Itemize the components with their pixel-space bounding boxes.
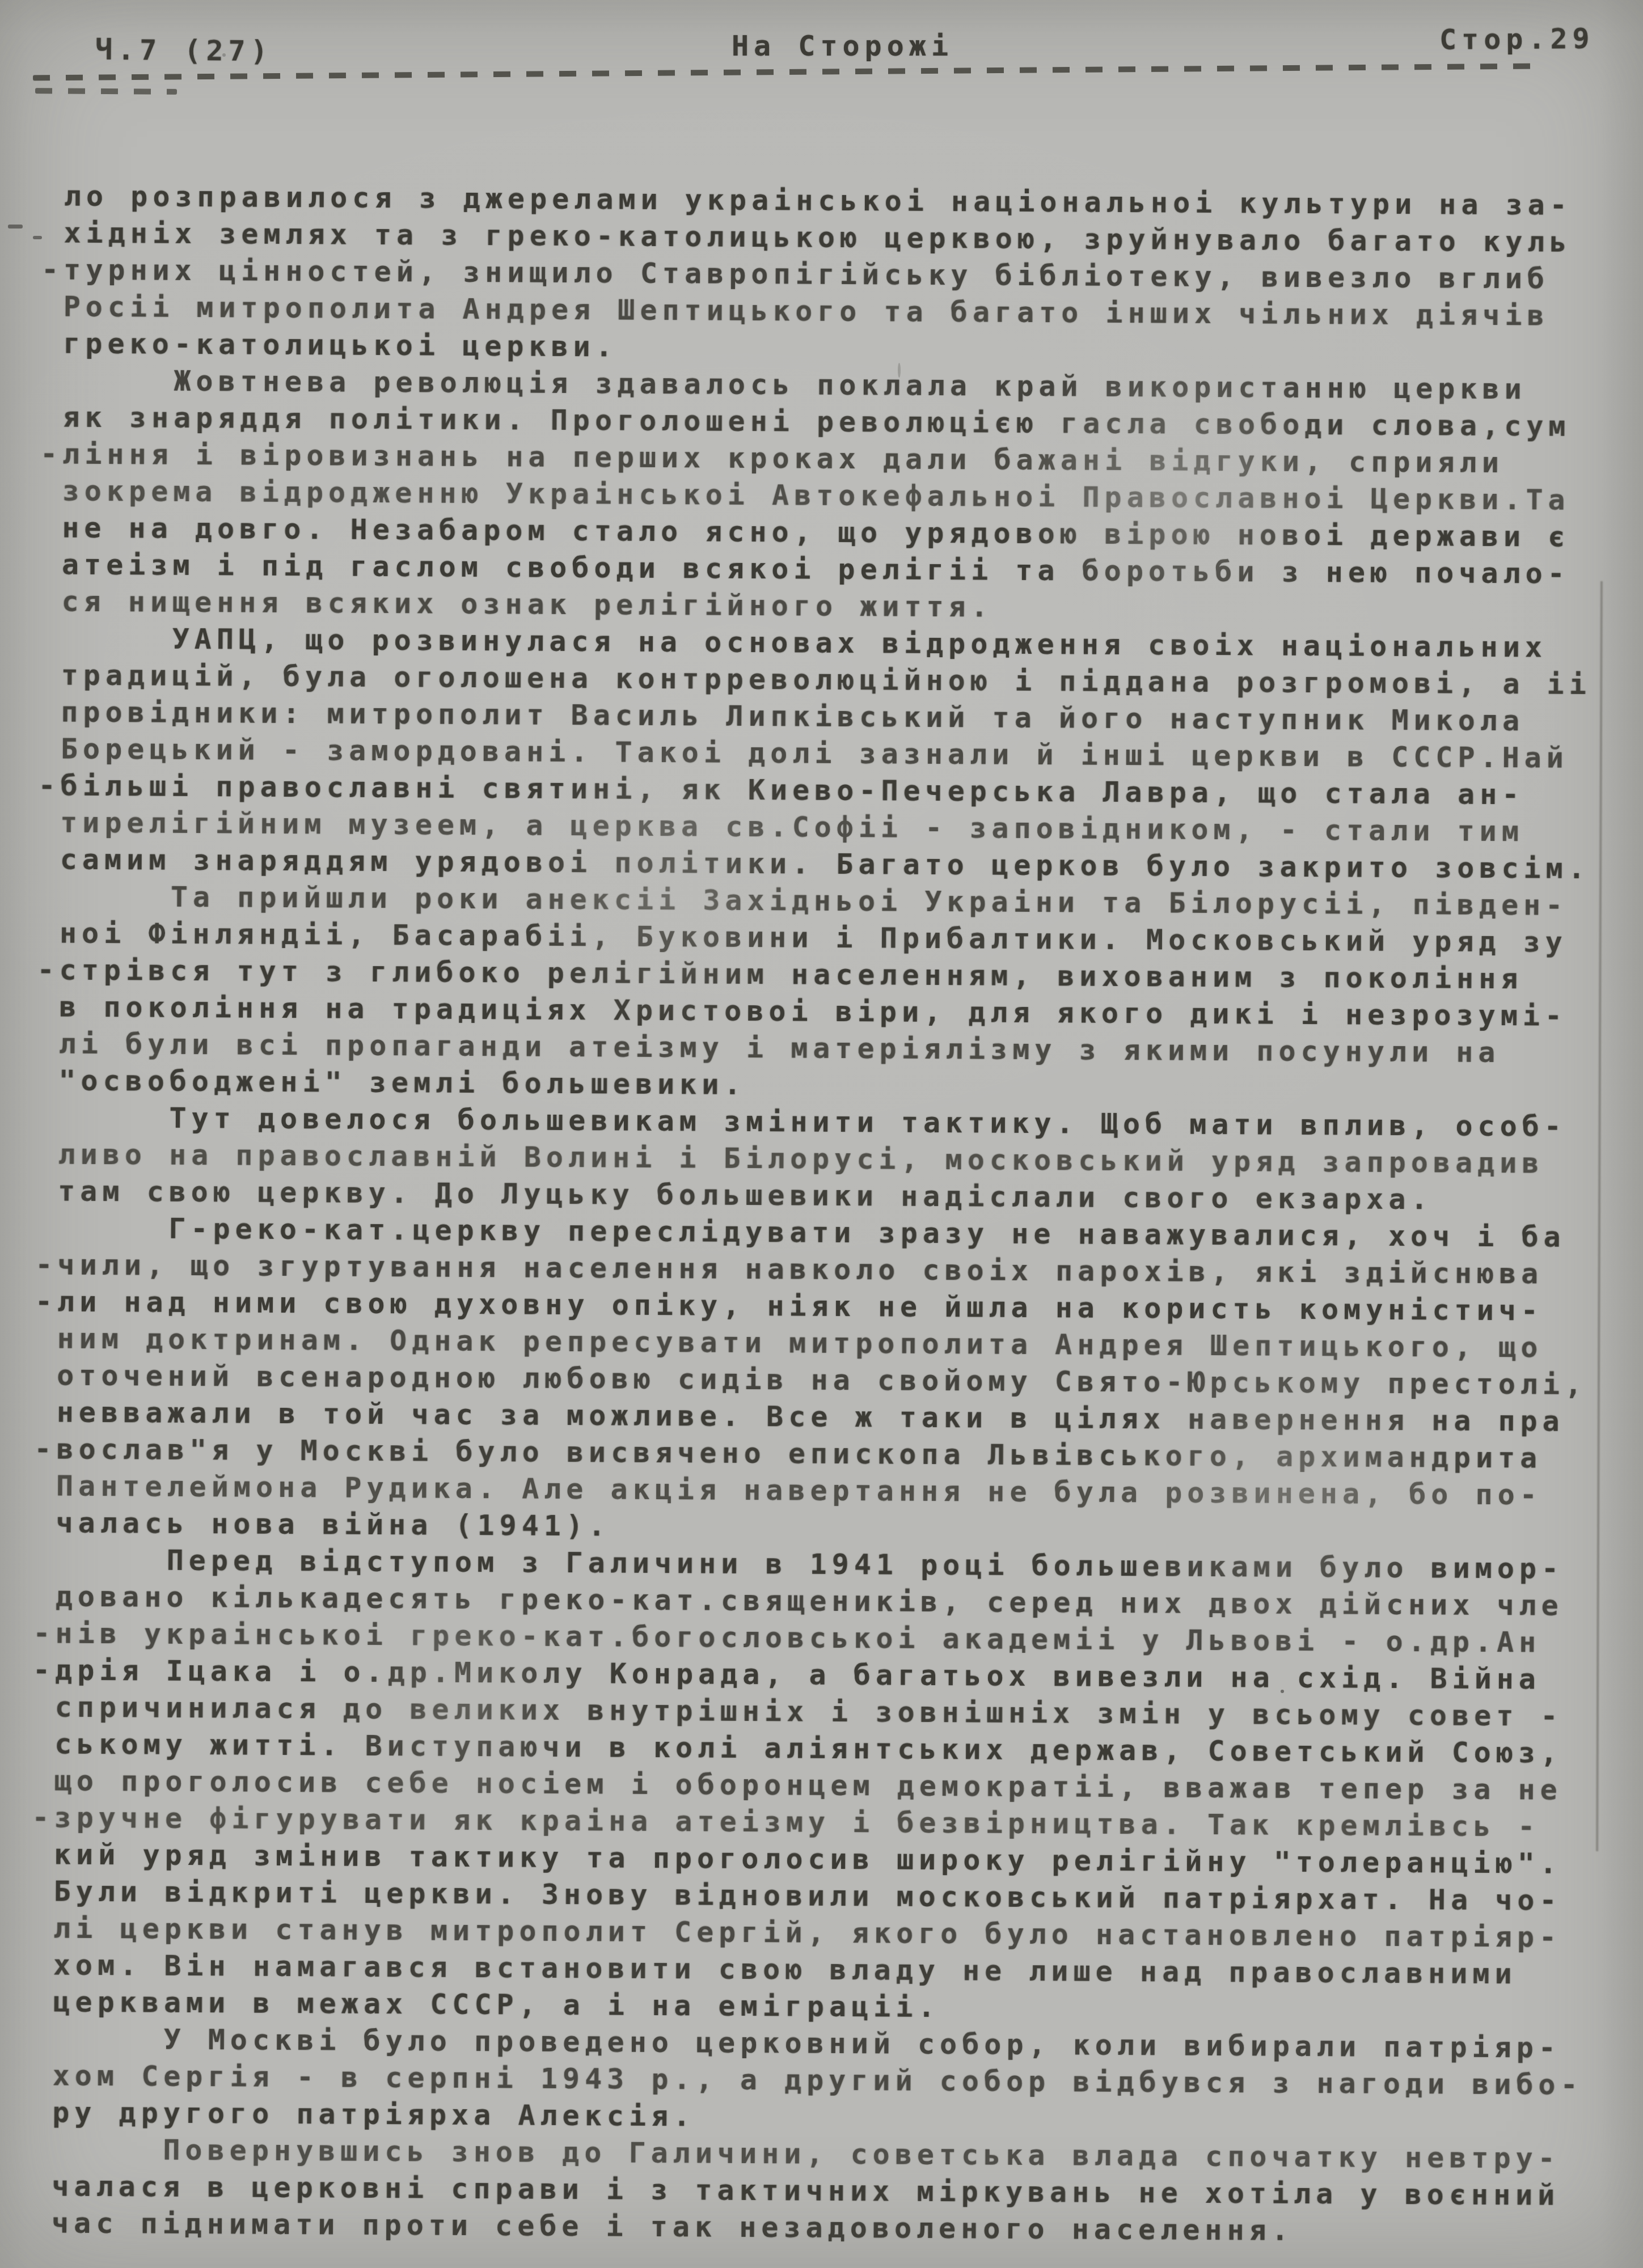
scan-speck [8, 225, 23, 229]
document-text: ло розправилося з джерелами украінськоі … [52, 178, 1629, 2252]
scan-speck [898, 363, 901, 378]
page-number: Стор.29 [1439, 22, 1595, 56]
issue-number: Ч.7 (27) [95, 33, 273, 68]
dashed-rule-short [35, 88, 177, 95]
scan-speck [1281, 1690, 1284, 1693]
scanned-page: Ч.7 (27) На Сторожі Стор.29 ло розправил… [0, 0, 1643, 2268]
masthead-title: На Сторожі [732, 29, 953, 62]
scan-speck [374, 315, 378, 319]
scan-speck [33, 236, 42, 239]
scan-speck [222, 53, 226, 57]
